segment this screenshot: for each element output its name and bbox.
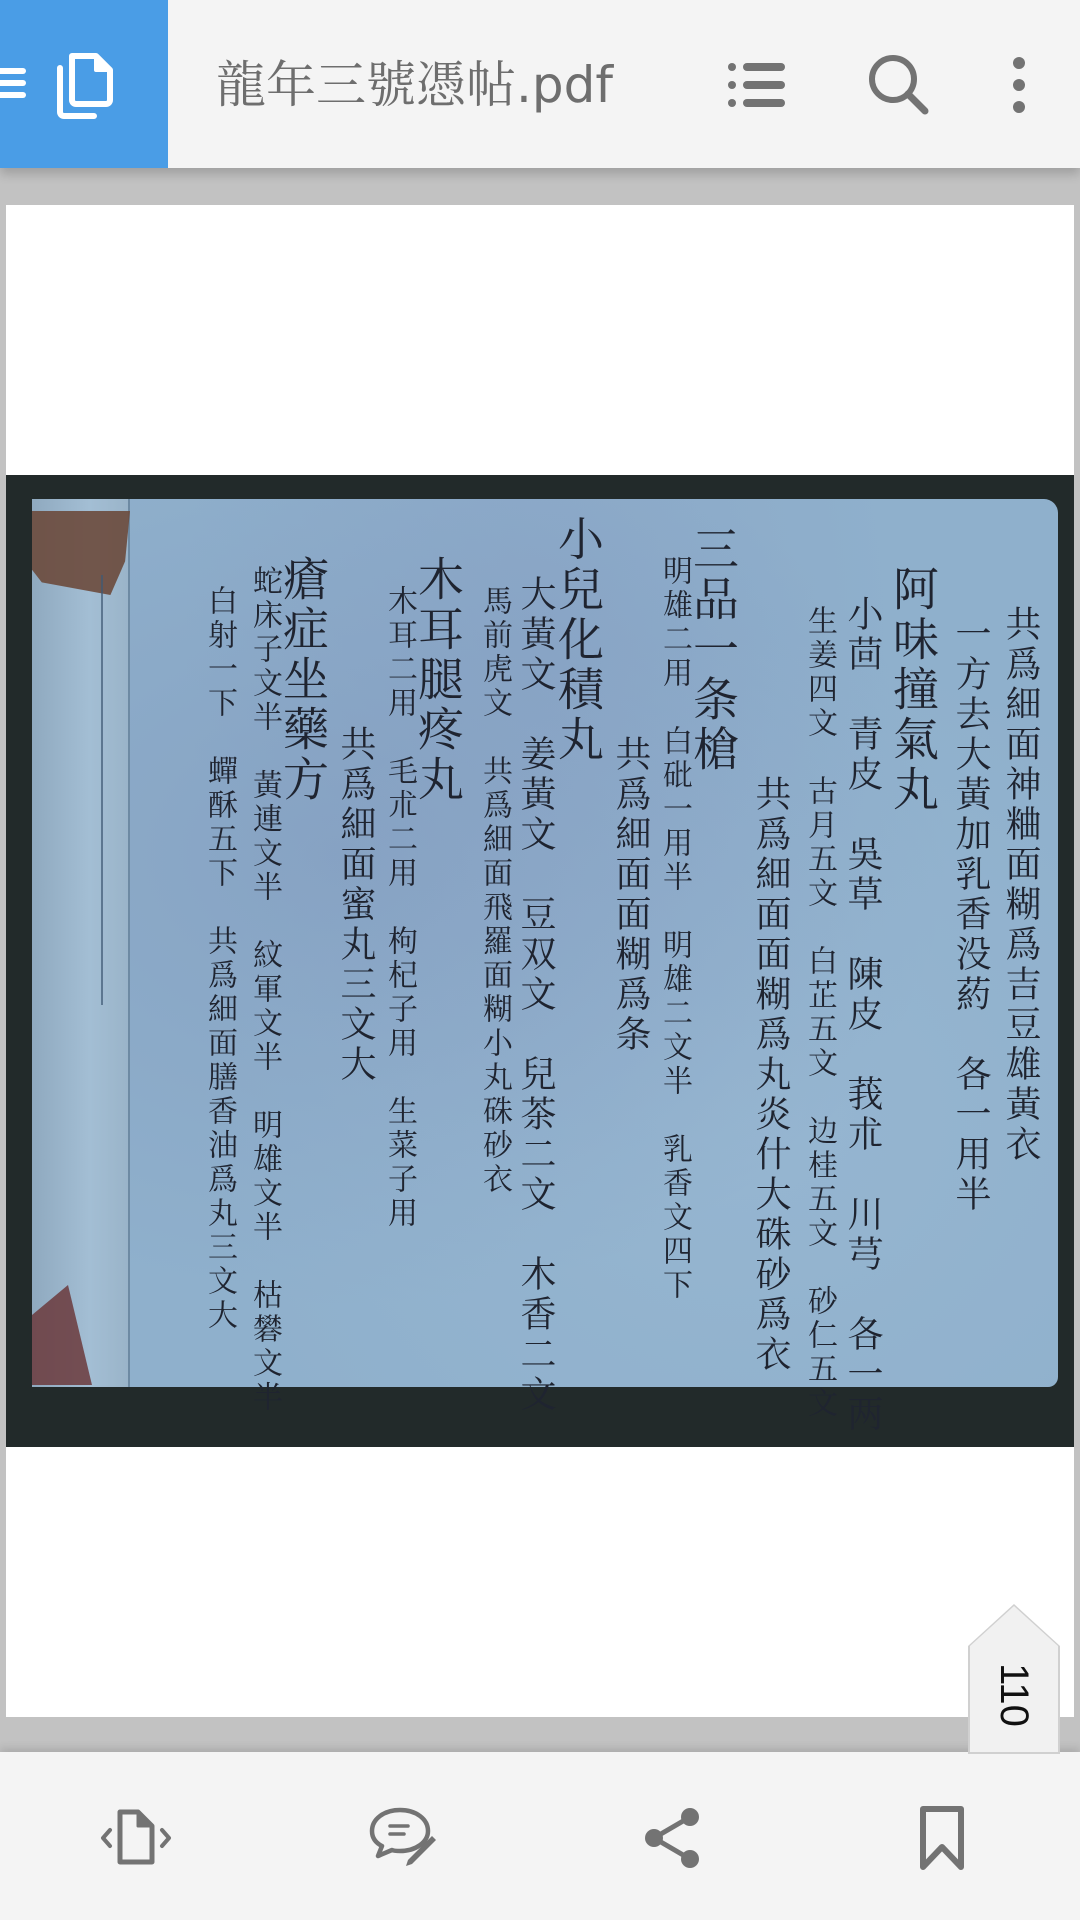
manuscript-column: 共爲細面面糊爲条 [605, 735, 656, 1055]
more-vertical-icon [1009, 55, 1029, 115]
manuscript-column: 蛇床子文半 黃連文半 紋軍文半 明雄文半 枯礬文半 大梅片一下 [242, 565, 286, 1447]
pdf-page: 共爲細面神粬面糊爲吉豆雄黃衣 一方去大黃加乳香没葯 各一用半 阿味撞氣丸 小茴 … [6, 205, 1074, 1717]
manuscript-column: 木耳二用 毛朮二用 枸杞子用 生菜子用 [377, 585, 421, 1231]
more-options-button[interactable] [984, 50, 1054, 120]
page-number: 110 [971, 1669, 1057, 1721]
share-button[interactable] [632, 1798, 712, 1878]
manuscript-column: 共爲細面面糊爲丸炎什大硃砂爲衣 [745, 775, 796, 1375]
bottom-toolbar [0, 1752, 1080, 1920]
binding-thread [101, 575, 103, 1005]
bookmark-button[interactable] [902, 1798, 982, 1878]
top-toolbar: 龍年三號憑帖.pdf [0, 0, 1080, 168]
manuscript-column: 小茴 青皮 吳草 陳皮 莪朮 川芎 各一两 [837, 595, 888, 1435]
manuscript-column: 明雄二用 白砒一用半 明雄二文半 乳香文四下 [652, 555, 696, 1303]
navigation-drawer-button[interactable] [0, 0, 168, 168]
manuscript-spine [32, 499, 130, 1387]
manuscript-column: 共爲細面蜜丸三文大 [330, 725, 381, 1085]
manuscript-column: 白射一下 蟬酥五下 共爲細面膳香油爲丸三文大 [197, 585, 241, 1333]
manuscript-column: 大黃文 姜黃文 豆双文 兒茶二文 木香二文 君子肉二文 [510, 575, 561, 1447]
page-navigation-button[interactable] [96, 1798, 176, 1878]
pdf-viewer[interactable]: 共爲細面神粬面糊爲吉豆雄黃衣 一方去大黃加乳香没葯 各一用半 阿味撞氣丸 小茴 … [0, 168, 1080, 1752]
hamburger-icon [0, 68, 28, 98]
list-icon [727, 60, 787, 110]
manuscript-column: 共爲細面神粬面糊爲吉豆雄黃衣 [995, 605, 1046, 1165]
manuscript-column: 一方去大黃加乳香没葯 各一用半 [945, 615, 996, 1215]
manuscript-text-columns: 共爲細面神粬面糊爲吉豆雄黃衣 一方去大黃加乳香没葯 各一用半 阿味撞氣丸 小茴 … [146, 515, 1046, 1355]
manuscript-heading: 阿味撞氣丸 [880, 565, 946, 815]
documents-icon [54, 50, 118, 120]
manuscript-column: 生姜四文 古月五文 白芷五文 边桂五文 砂仁五文 阿味文半 [797, 605, 841, 1447]
document-title: 龍年三號憑帖.pdf [216, 50, 613, 120]
manuscript-column: 馬前虎文 共爲細面飛羅面糊小丸硃砂衣 [472, 585, 516, 1197]
search-icon [867, 53, 931, 117]
annotate-button[interactable] [364, 1798, 444, 1878]
page-code-icon [100, 1806, 172, 1870]
comment-edit-icon [366, 1804, 442, 1872]
manuscript-scan: 共爲細面神粬面糊爲吉豆雄黃衣 一方去大黃加乳香没葯 各一用半 阿味撞氣丸 小茴 … [6, 475, 1074, 1447]
search-button[interactable] [864, 50, 934, 120]
share-icon [640, 1805, 704, 1871]
torn-cloth-top [32, 511, 130, 595]
bookmark-icon [917, 1803, 967, 1873]
outline-list-button[interactable] [722, 50, 792, 120]
